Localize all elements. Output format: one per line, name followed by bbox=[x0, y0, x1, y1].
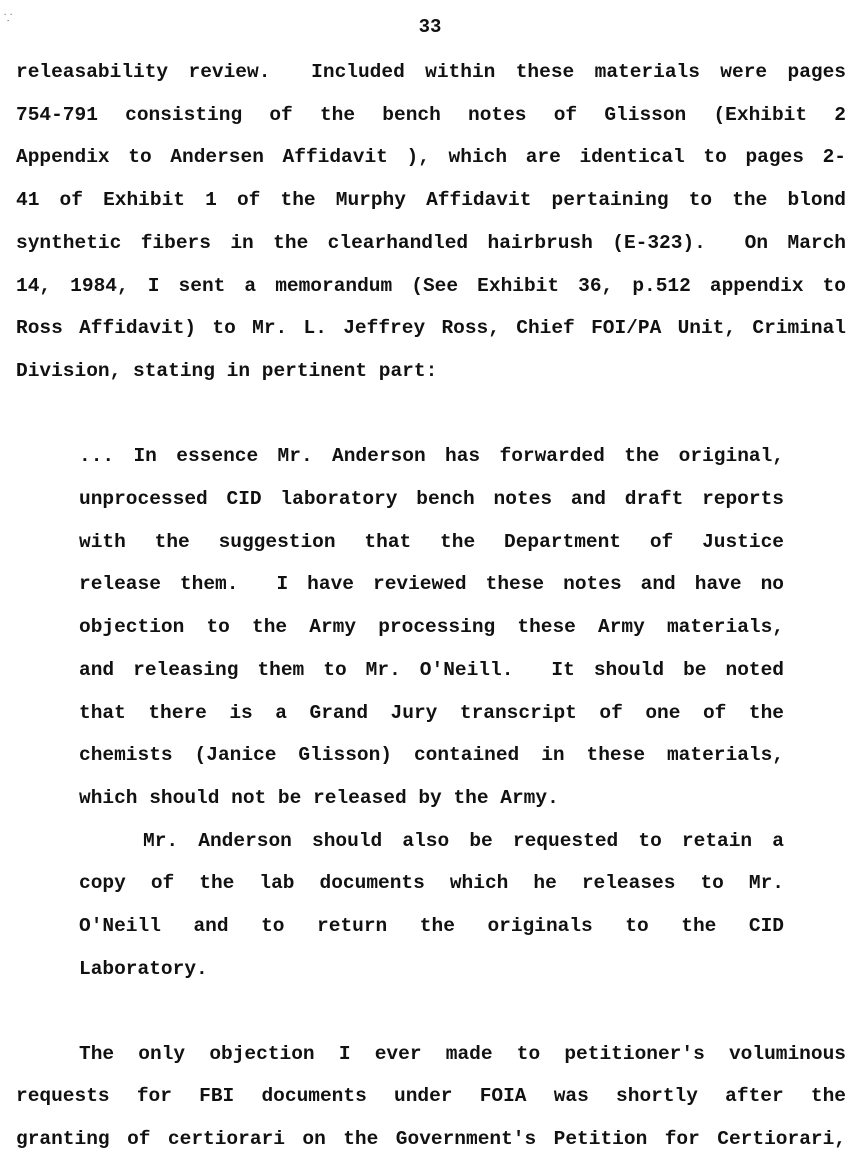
text-line: requests for FBI documents under FOIA wa… bbox=[16, 1083, 846, 1109]
text-line: Division, stating in pertinent part: bbox=[16, 358, 846, 384]
quote-line: Mr. Anderson should also be requested to… bbox=[143, 828, 784, 854]
text-line: granting of certiorari on the Government… bbox=[16, 1126, 846, 1152]
text-line: synthetic fibers in the clearhandled hai… bbox=[16, 230, 846, 256]
text-line: Appendix to Andersen Affidavit ), which … bbox=[16, 144, 846, 170]
quote-line: that there is a Grand Jury transcript of… bbox=[79, 700, 784, 726]
text-line: 754-791 consisting of the bench notes of… bbox=[16, 102, 846, 128]
quote-line: objection to the Army processing these A… bbox=[79, 614, 784, 640]
quote-line: copy of the lab documents which he relea… bbox=[79, 870, 784, 896]
text-line: releasability review. Included within th… bbox=[16, 59, 846, 85]
quote-line: unprocessed CID laboratory bench notes a… bbox=[79, 486, 784, 512]
quote-line: which should not be released by the Army… bbox=[79, 785, 784, 811]
quote-line: with the suggestion that the Department … bbox=[79, 529, 784, 555]
quote-line: and releasing them to Mr. O'Neill. It sh… bbox=[79, 657, 784, 683]
quote-line: release them. I have reviewed these note… bbox=[79, 571, 784, 597]
text-line: Ross Affidavit) to Mr. L. Jeffrey Ross, … bbox=[16, 315, 846, 341]
page-number: 33 bbox=[0, 16, 860, 38]
quote-line: ... In essence Mr. Anderson has forwarde… bbox=[79, 443, 784, 469]
quote-line: chemists (Janice Glisson) contained in t… bbox=[79, 742, 784, 768]
quote-line: Laboratory. bbox=[79, 956, 784, 982]
text-line: 41 of Exhibit 1 of the Murphy Affidavit … bbox=[16, 187, 846, 213]
quote-line: O'Neill and to return the originals to t… bbox=[79, 913, 784, 939]
text-line: The only objection I ever made to petiti… bbox=[79, 1041, 846, 1067]
text-line: 14, 1984, I sent a memorandum (See Exhib… bbox=[16, 273, 846, 299]
